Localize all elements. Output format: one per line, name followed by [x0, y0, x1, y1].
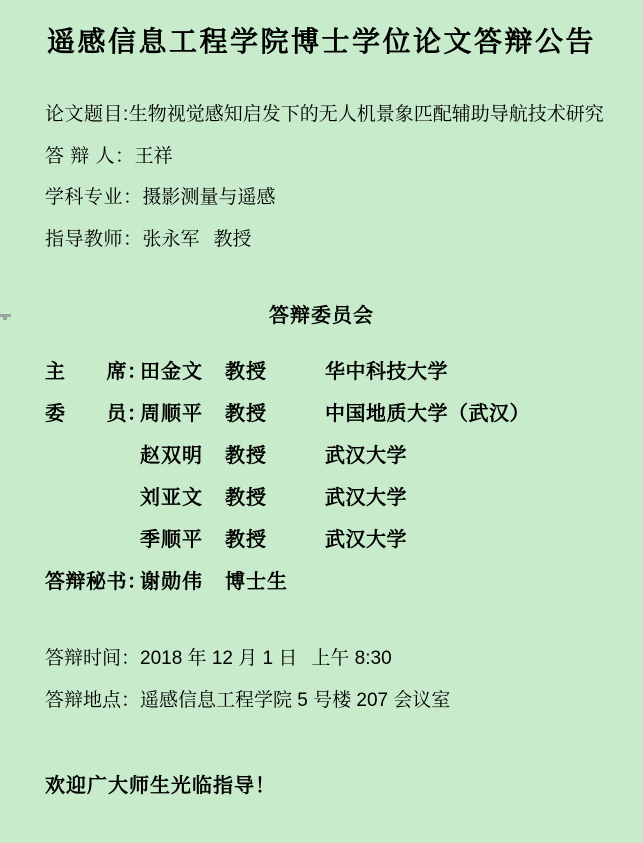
time-line: 答辩时间：2018 年 12 月 1 日上午 8:30: [45, 638, 643, 680]
major-label: 学科专业：: [45, 187, 143, 208]
welcome-line: 欢迎广大师生光临指导！: [45, 772, 643, 800]
advisor-label: 指导教师：: [45, 229, 143, 250]
member-affiliation: 武汉大学: [325, 519, 407, 561]
committee-row: 主 席：田金文教授华中科技大学: [45, 351, 643, 393]
defender-name: 王祥: [135, 146, 173, 167]
member-role: 委 员：: [45, 393, 140, 435]
defense-announcement-page: 遥感信息工程学院博士学位论文答辩公告 论文题目:生物视觉感知启发下的无人机景象匹…: [0, 0, 643, 843]
thesis-title-value: 生物视觉感知启发下的无人机景象匹配辅助导航技术研究: [129, 104, 604, 125]
defender-label: 答 辩 人：: [45, 146, 135, 167]
member-title: 教授: [225, 393, 325, 435]
member-role: 主 席：: [45, 351, 140, 393]
member-title: 教授: [225, 435, 325, 477]
member-title: 教授: [225, 519, 325, 561]
venue-label: 答辩地点：: [45, 690, 140, 711]
member-affiliation: 中国地质大学（武汉）: [325, 393, 530, 435]
venue-line: 答辩地点：遥感信息工程学院 5 号楼 207 会议室: [45, 680, 643, 722]
venue-value: 遥感信息工程学院 5 号楼 207 会议室: [140, 690, 450, 711]
member-affiliation: 武汉大学: [325, 477, 407, 519]
thesis-title-label: 论文题目:: [45, 104, 129, 125]
major-value: 摄影测量与遥感: [143, 187, 276, 208]
member-title: 教授: [225, 351, 325, 393]
member-name: 季顺平: [140, 519, 225, 561]
committee-section: 主 席：田金文教授华中科技大学 委 员：周顺平教授中国地质大学（武汉） 赵双明教…: [45, 351, 643, 603]
defender-line: 答 辩 人：王祥: [45, 136, 643, 178]
secretary-label: 答辩秘书：: [45, 561, 140, 603]
page-title: 遥感信息工程学院博士学位论文答辩公告: [0, 0, 643, 60]
committee-row: 委 员：周顺平教授中国地质大学（武汉）: [45, 393, 643, 435]
committee-row: 刘亚文教授武汉大学: [45, 477, 643, 519]
thesis-title-line: 论文题目:生物视觉感知启发下的无人机景象匹配辅助导航技术研究: [45, 94, 643, 136]
committee-row: 赵双明教授武汉大学: [45, 435, 643, 477]
time-date: 2018 年 12 月 1 日: [140, 648, 297, 669]
advisor-name: 张永军: [143, 229, 200, 250]
member-title: 教授: [225, 477, 325, 519]
member-name: 刘亚文: [140, 477, 225, 519]
committee-row: 季顺平教授武汉大学: [45, 519, 643, 561]
secretary-title: 博士生: [225, 561, 325, 603]
secretary-name: 谢勋伟: [140, 561, 225, 603]
member-affiliation: 华中科技大学: [325, 351, 448, 393]
member-affiliation: 武汉大学: [325, 435, 407, 477]
time-value: 上午 8:30: [311, 648, 391, 669]
member-name: 田金文: [140, 351, 225, 393]
committee-heading: 答辩委员会: [0, 302, 643, 330]
member-name: 周顺平: [140, 393, 225, 435]
advisor-title: 教授: [214, 229, 252, 250]
major-line: 学科专业：摄影测量与遥感: [45, 177, 643, 219]
member-name: 赵双明: [140, 435, 225, 477]
margin-marker: [0, 314, 11, 317]
advisor-line: 指导教师：张永军教授: [45, 219, 643, 261]
secretary-row: 答辩秘书：谢勋伟博士生: [45, 561, 643, 603]
schedule-section: 答辩时间：2018 年 12 月 1 日上午 8:30 答辩地点：遥感信息工程学…: [45, 638, 643, 722]
time-label: 答辩时间：: [45, 648, 140, 669]
info-section: 论文题目:生物视觉感知启发下的无人机景象匹配辅助导航技术研究 答 辩 人：王祥 …: [45, 94, 643, 260]
